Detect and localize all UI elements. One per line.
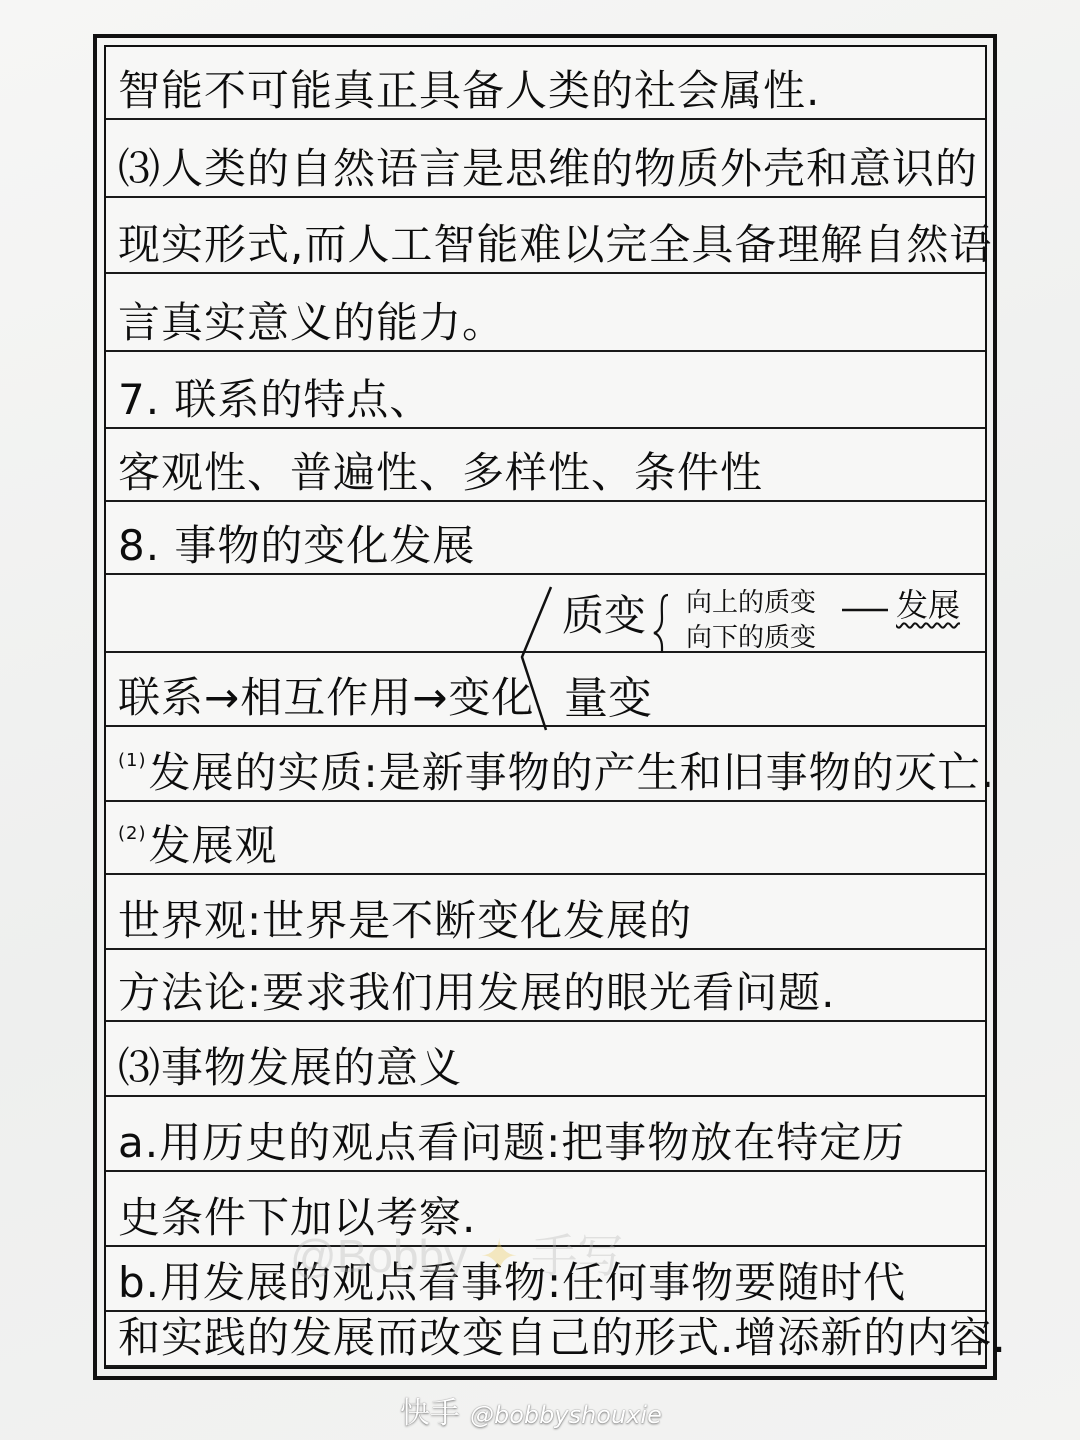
- star-icon: ✦: [480, 1230, 519, 1282]
- line-text: (2)发展观: [118, 825, 278, 867]
- note-line-2: ⑶人类的自然语言是思维的物质外壳和意识的: [106, 120, 985, 198]
- note-line-7-heading: 8. 事物的变化发展: [106, 502, 985, 575]
- line-content: 发展的实质:是新事物的产生和旧事物的灭亡.: [149, 748, 996, 797]
- platform-logo-text: 快手: [400, 1396, 460, 1431]
- note-line-8-diagram-top: [106, 575, 985, 653]
- item-number: (2): [118, 823, 147, 844]
- note-line-11: (2)发展观: [106, 802, 985, 875]
- watermark-suffix: 手写: [531, 1230, 623, 1282]
- note-line-15: a.用历史的观点看问题:把事物放在特定历: [106, 1097, 985, 1172]
- line-text: 智能不可能真正具备人类的社会属性.: [118, 70, 820, 112]
- line-text: 言真实意义的能力。: [118, 302, 505, 344]
- platform-watermark: 快手@bobbyshouxie: [400, 1388, 662, 1432]
- line-text: 现实形式,而人工智能难以完全具备理解自然语: [118, 224, 992, 266]
- line-text: 世界观:世界是不断变化发展的: [118, 900, 692, 942]
- watermark-handle: @Bobby: [290, 1230, 467, 1282]
- note-line-10: (1)发展的实质:是新事物的产生和旧事物的灭亡.: [106, 727, 985, 802]
- note-line-6: 客观性、普遍性、多样性、条件性: [106, 429, 985, 502]
- line-text: a.用历史的观点看问题:把事物放在特定历: [118, 1122, 905, 1164]
- note-line-3: 现实形式,而人工智能难以完全具备理解自然语: [106, 198, 985, 274]
- faint-watermark: @Bobby ✦ 手写: [290, 1220, 623, 1286]
- diagram-chain: 联系→相互作用→变化: [118, 677, 534, 719]
- line-text: 和实践的发展而改变自己的形式.增添新的内容.: [118, 1317, 1007, 1359]
- note-line-14: ⑶事物发展的意义: [106, 1022, 985, 1097]
- line-text: ⑶事物发展的意义: [118, 1047, 462, 1089]
- note-line-18: 和实践的发展而改变自己的形式.增添新的内容.: [106, 1312, 985, 1367]
- line-text: (1)发展的实质:是新事物的产生和旧事物的灭亡.: [118, 752, 995, 794]
- note-line-9-diagram: 联系→相互作用→变化: [106, 653, 985, 727]
- note-line-1: 智能不可能真正具备人类的社会属性.: [106, 47, 985, 120]
- note-line-4: 言真实意义的能力。: [106, 274, 985, 352]
- item-number: (1): [118, 750, 147, 771]
- lined-notebook-page: 智能不可能真正具备人类的社会属性. ⑶人类的自然语言是思维的物质外壳和意识的 现…: [104, 45, 987, 1369]
- note-line-5-heading: 7. 联系的特点、: [106, 352, 985, 429]
- note-line-13: 方法论:要求我们用发展的眼光看问题.: [106, 950, 985, 1022]
- line-text: 客观性、普遍性、多样性、条件性: [118, 452, 763, 494]
- line-text: 方法论:要求我们用发展的眼光看问题.: [118, 972, 836, 1014]
- note-line-12: 世界观:世界是不断变化发展的: [106, 875, 985, 950]
- section-heading: 8. 事物的变化发展: [118, 525, 475, 567]
- author-handle: @bobbyshouxie: [470, 1401, 662, 1429]
- line-text: ⑶人类的自然语言是思维的物质外壳和意识的: [118, 148, 978, 190]
- section-heading: 7. 联系的特点、: [118, 379, 432, 421]
- line-content: 发展观: [149, 821, 278, 870]
